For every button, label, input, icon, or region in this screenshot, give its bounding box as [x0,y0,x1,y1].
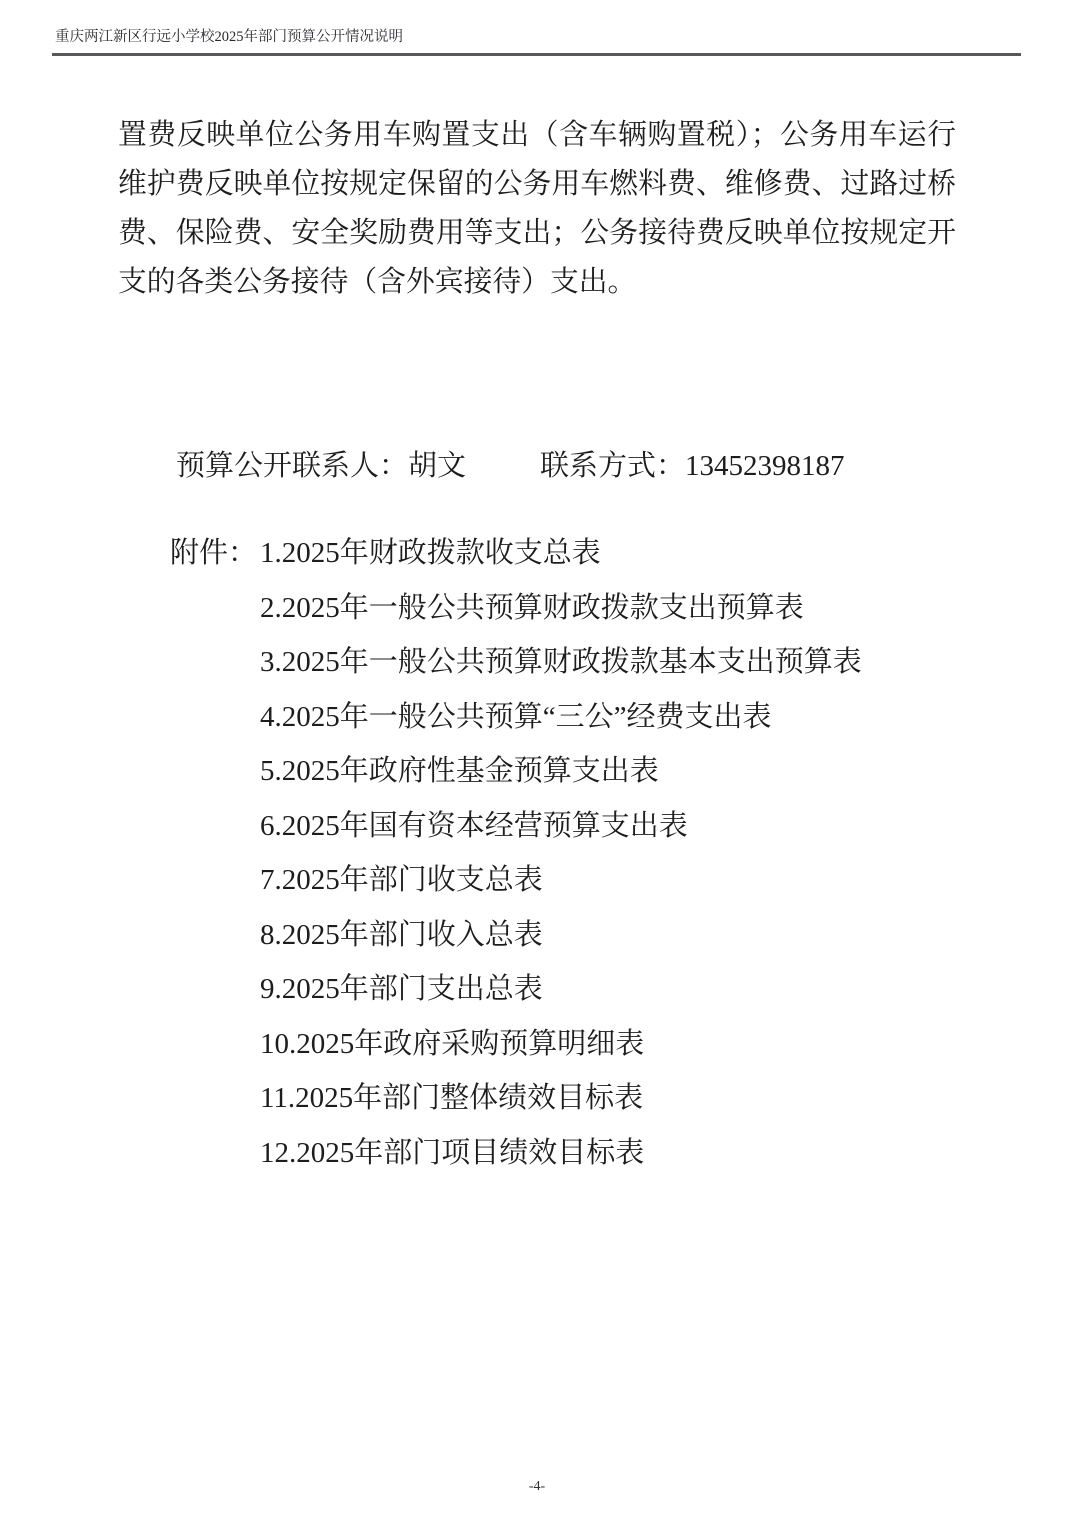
attachment-item: 1.2025年财政拨款收支总表 [260,537,601,569]
contact-person-label: 预算公开联系人：胡文 [176,450,466,482]
contact-line: 预算公开联系人：胡文联系方式：13452398187 [176,450,845,483]
paragraph-line-3: 费、保险费、安全奖励费用等支出；公务接待费反映单位按规定开 [118,209,956,258]
document-page: 重庆两江新区行远小学校2025年部门预算公开情况说明 置费反映单位公务用车购置支… [0,0,1074,1520]
paragraph-line-2: 维护费反映单位按规定保留的公务用车燃料费、维修费、过路过桥 [118,160,956,209]
attachment-item: 5.2025年政府性基金预算支出表 [260,744,862,799]
attachment-item: 7.2025年部门收支总表 [260,853,862,908]
attachment-item: 4.2025年一般公共预算“三公”经费支出表 [260,690,862,745]
attachments-rest: 2.2025年一般公共预算财政拨款支出预算表3.2025年一般公共预算财政拨款基… [170,581,862,1181]
attachments-label: 附件： [170,526,260,581]
attachments-section: 附件：1.2025年财政拨款收支总表 2.2025年一般公共预算财政拨款支出预算… [170,526,862,1180]
body-paragraph: 置费反映单位公务用车购置支出（含车辆购置税）；公务用车运行 维护费反映单位按规定… [118,111,956,307]
paragraph-line-4: 支的各类公务接待（含外宾接待）支出。 [118,258,956,307]
header-rule-divider [52,53,1021,56]
contact-phone-label: 联系方式：13452398187 [540,450,845,482]
attachment-item: 6.2025年国有资本经营预算支出表 [260,799,862,854]
paragraph-line-1: 置费反映单位公务用车购置支出（含车辆购置税）；公务用车运行 [118,111,956,160]
page-number: -4- [0,1479,1074,1495]
attachment-item: 11.2025年部门整体绩效目标表 [260,1071,862,1126]
attachment-row-first: 附件：1.2025年财政拨款收支总表 [170,526,862,581]
attachment-item: 9.2025年部门支出总表 [260,962,862,1017]
attachment-item: 10.2025年政府采购预算明细表 [260,1017,862,1072]
attachment-item: 3.2025年一般公共预算财政拨款基本支出预算表 [260,635,862,690]
attachment-item: 12.2025年部门项目绩效目标表 [260,1126,862,1181]
attachment-item: 8.2025年部门收入总表 [260,908,862,963]
document-header-title: 重庆两江新区行远小学校2025年部门预算公开情况说明 [55,29,403,46]
attachment-item: 2.2025年一般公共预算财政拨款支出预算表 [260,581,862,636]
